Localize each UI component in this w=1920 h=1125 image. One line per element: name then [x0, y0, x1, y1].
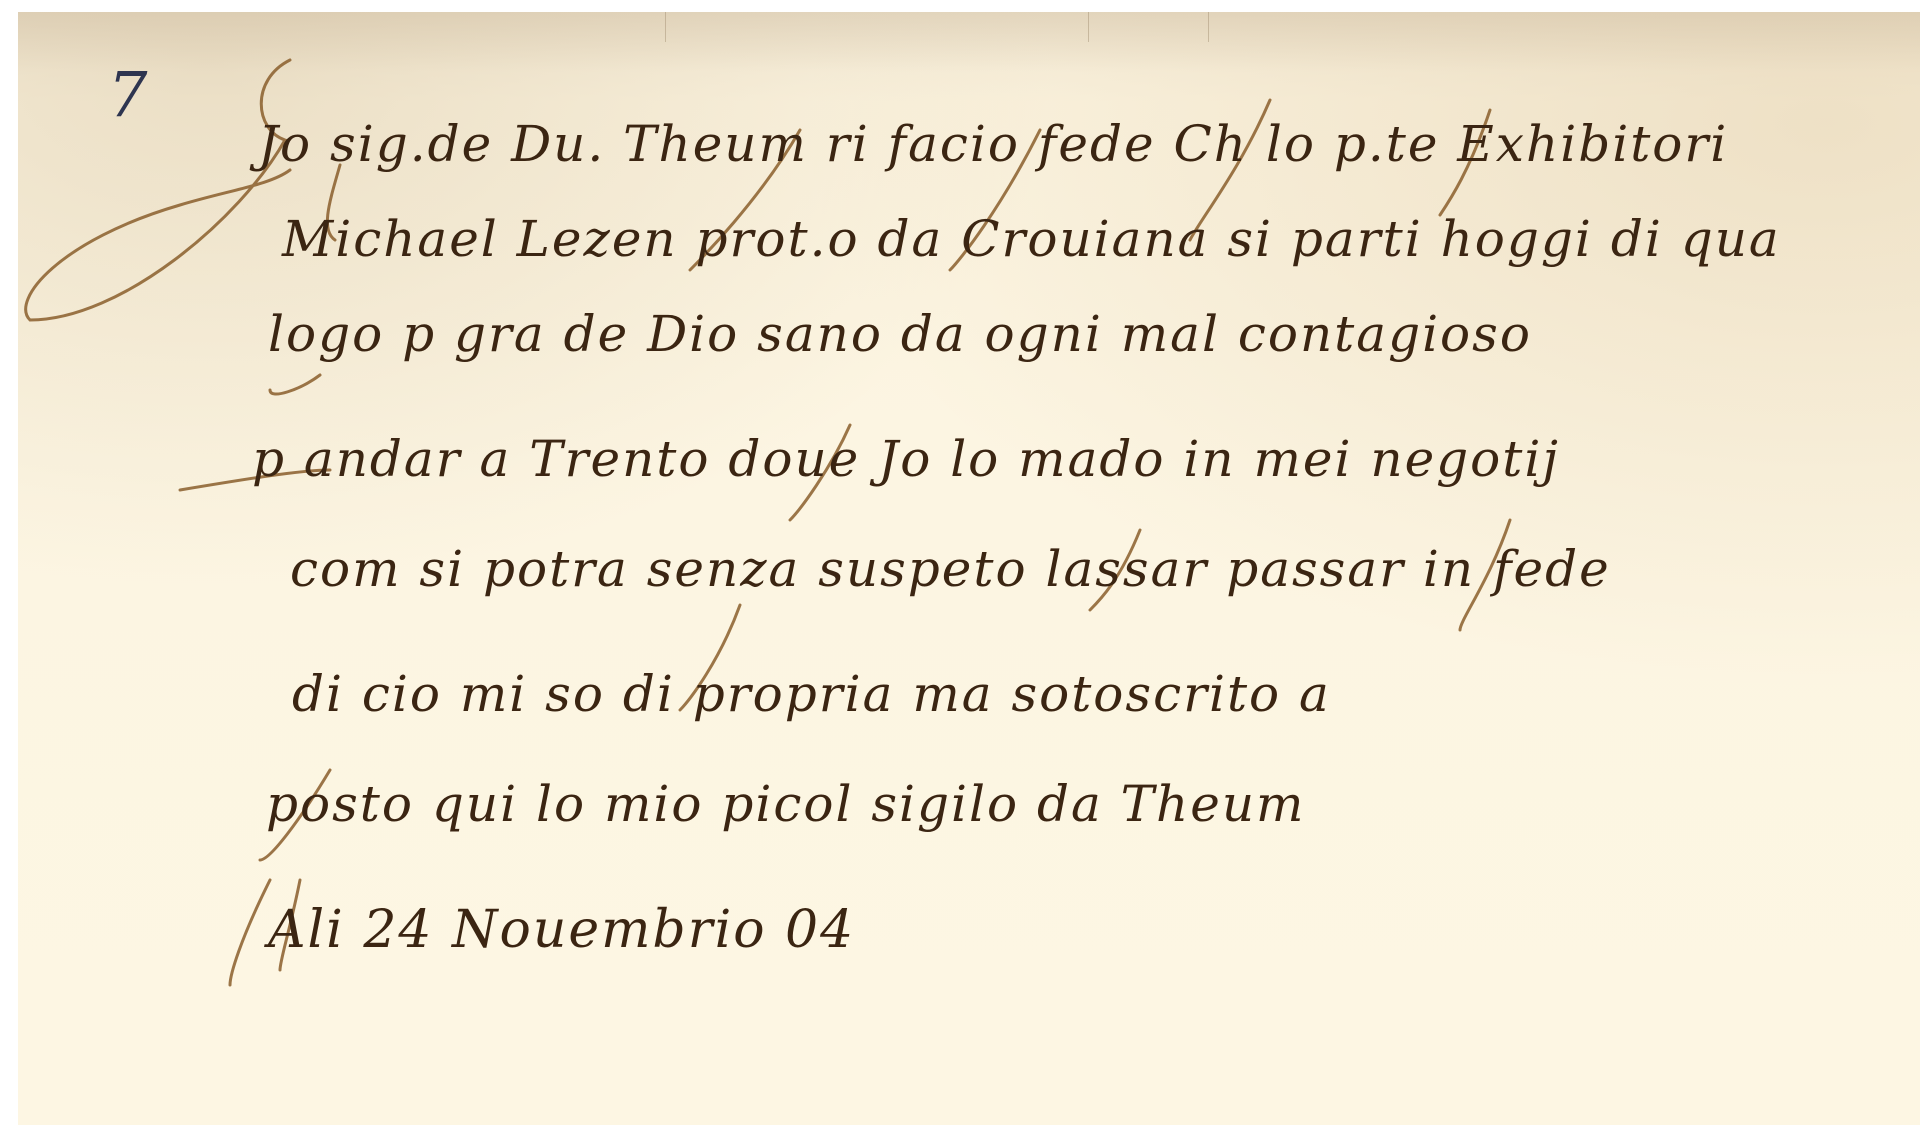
manuscript-line-3: logo p gra de Dio sano da ogni mal conta…: [268, 305, 1532, 363]
manuscript-line-1: Jo sig.de Du. Theum ri facio fede Ch lo …: [258, 115, 1728, 173]
manuscript-line-8-date: Ali 24 Nouembrio 04: [268, 900, 855, 960]
paper-top-stain: [18, 12, 1920, 72]
manuscript-line-6: di cio mi so di propria ma sotoscrito a: [292, 665, 1331, 723]
paper-fold-mark: [1088, 12, 1089, 42]
manuscript-line-5: com si potra senza suspeto lassar passar…: [290, 540, 1611, 598]
manuscript-line-7: posto qui lo mio picol sigilo da Theum: [266, 775, 1305, 833]
paper-fold-mark: [665, 12, 666, 42]
paper-fold-mark: [1208, 12, 1209, 42]
manuscript-line-4: p andar a Trento doue Jo lo mado in mei …: [252, 430, 1560, 488]
manuscript-line-2: Michael Lezen prot.o da Crouiana si part…: [282, 210, 1781, 268]
page-number: 7: [108, 58, 147, 131]
